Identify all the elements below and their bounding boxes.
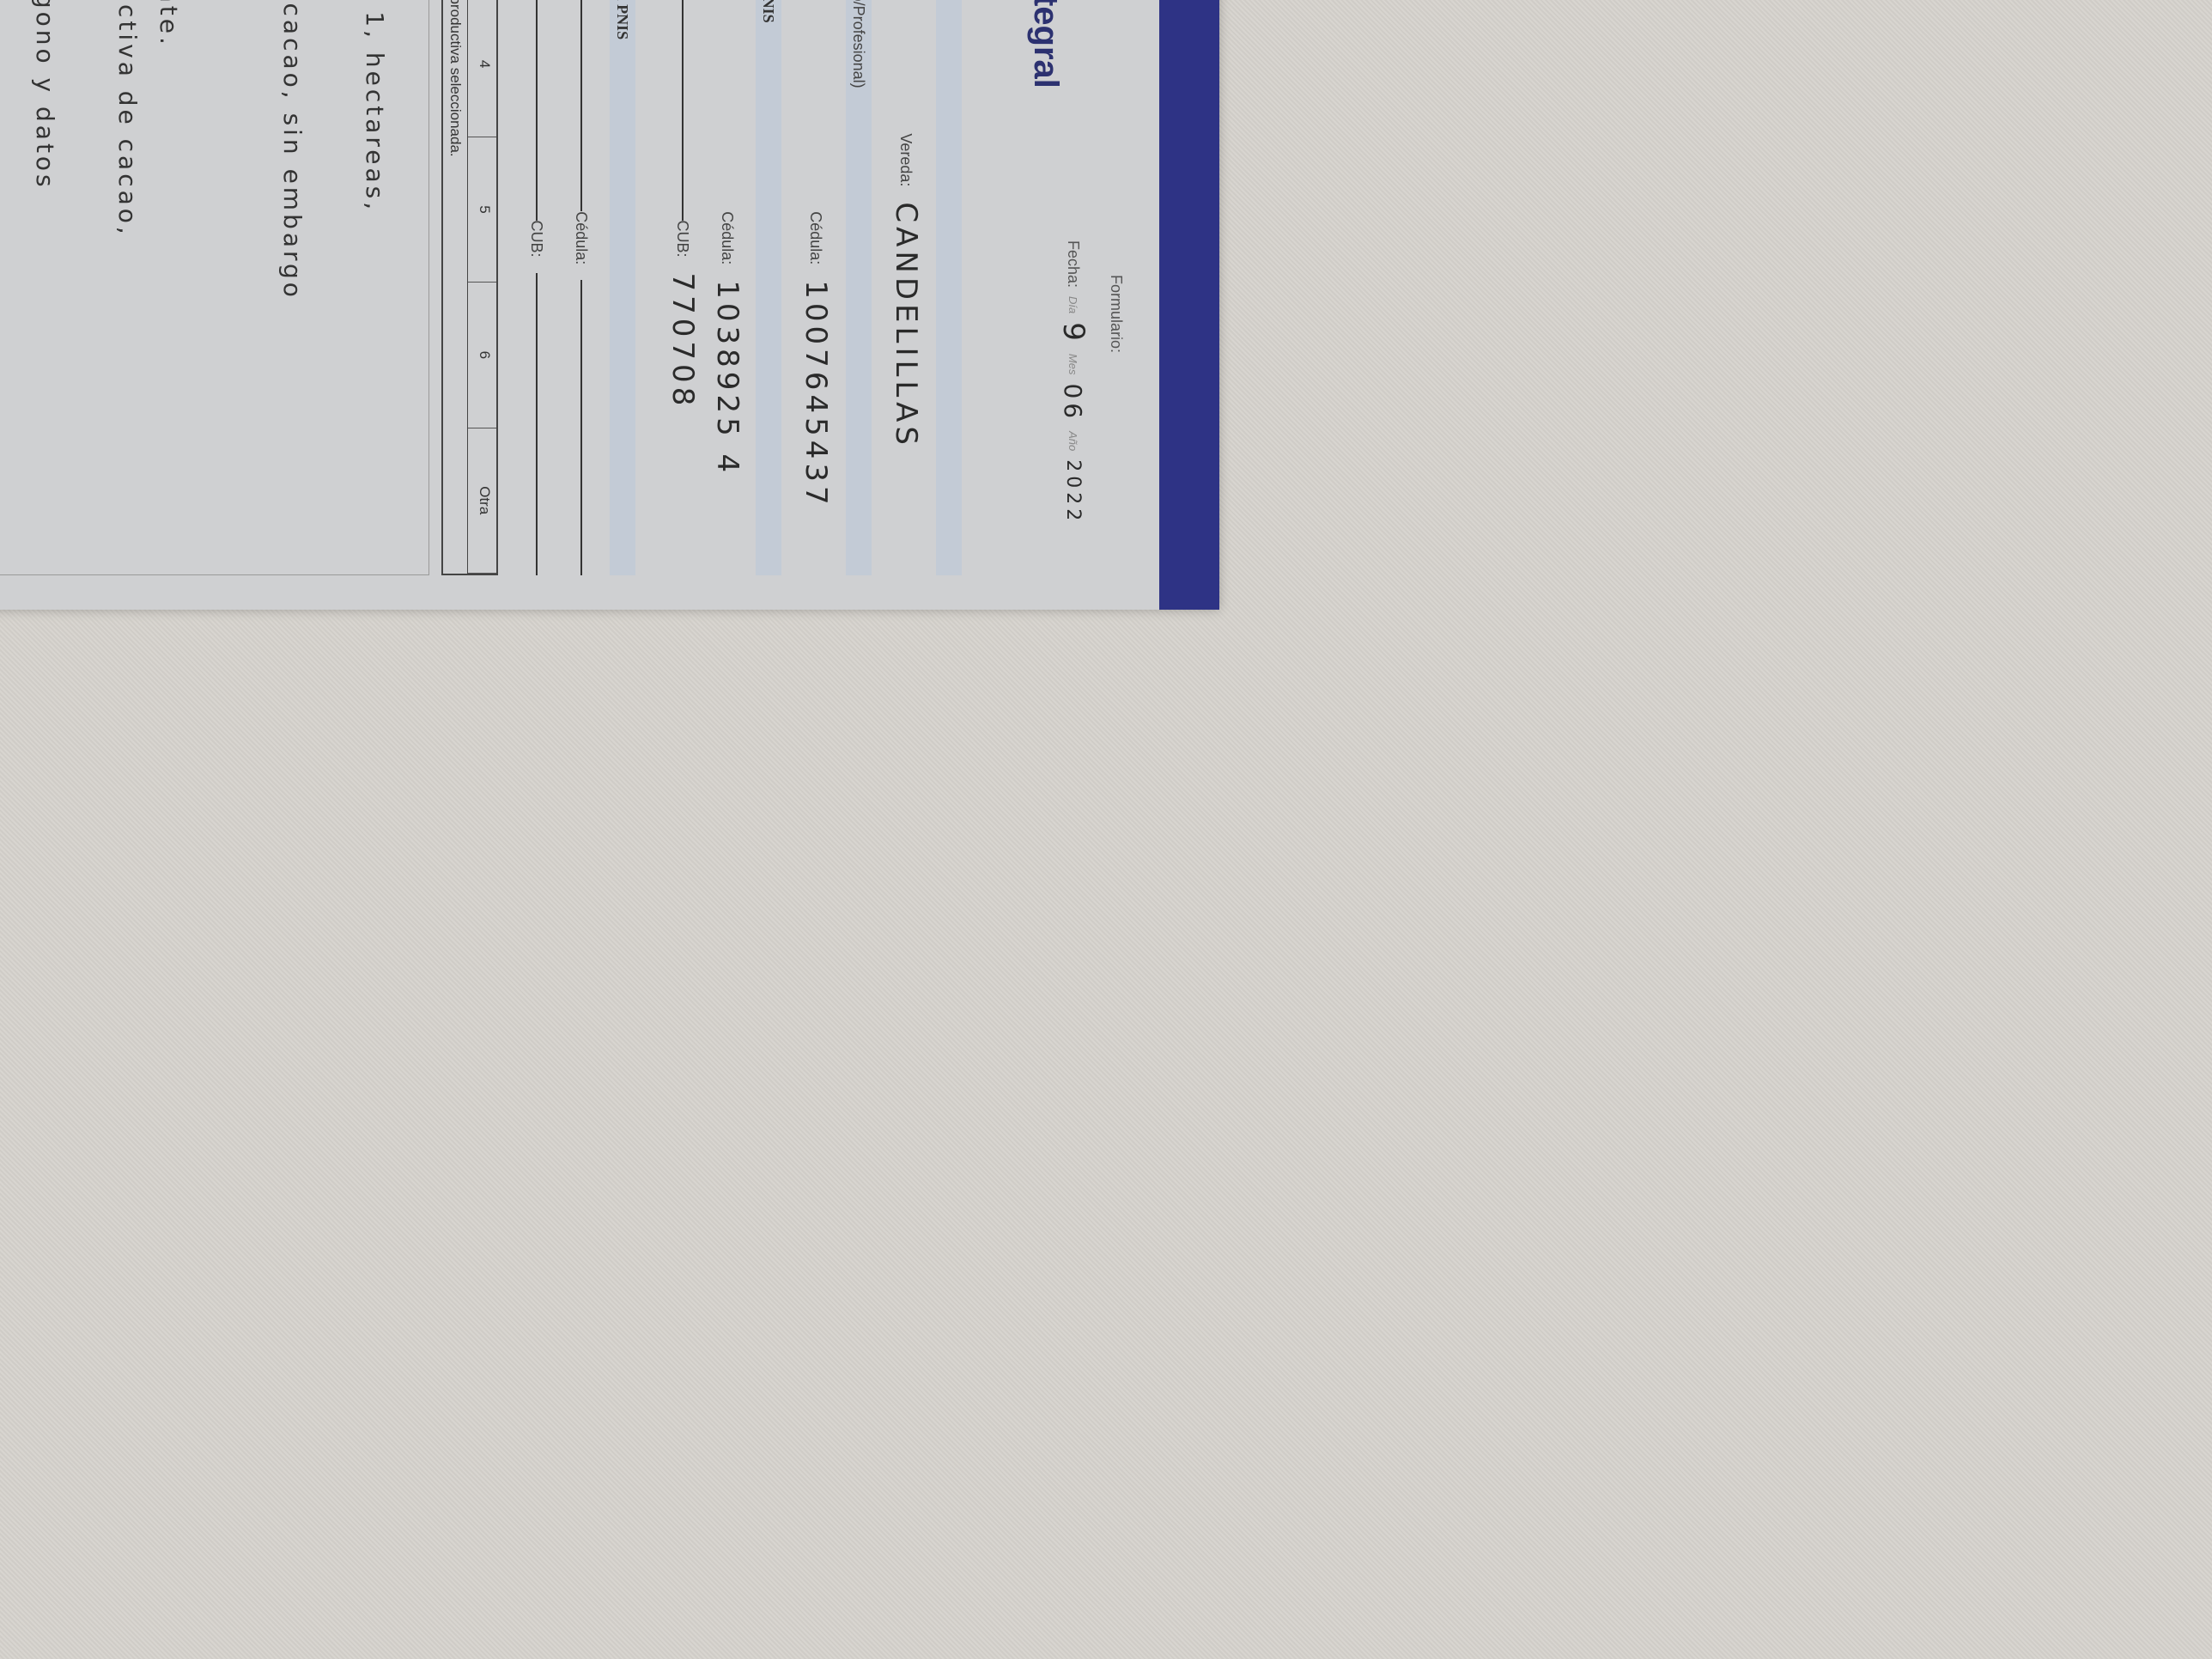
section-3-row-2: Teléfono celular: CUB: 770708 xyxy=(661,0,704,575)
handwritten-line: 3) El lote en su totalidad se encuentra … xyxy=(189,0,230,557)
option-5[interactable]: 5 xyxy=(468,137,496,283)
formulario-label: Formulario: xyxy=(1107,275,1125,353)
mes-value[interactable]: 06 xyxy=(1060,383,1088,422)
beneficiario-cedula-field[interactable] xyxy=(580,280,582,575)
section-4-header: IV. Información del beneficiario inscrit… xyxy=(610,0,635,575)
visit-number-row: Número de visita: Caracterización: 1 X 2… xyxy=(467,0,496,574)
section-4-row-1: Nombre completo: Cédula: xyxy=(560,0,603,575)
beneficiario-cedula-label: Cédula: xyxy=(573,211,591,264)
beneficiario-cub-label: CUB: xyxy=(528,221,546,258)
titular-cub-label: CUB: xyxy=(674,221,692,258)
titular-cedula-label: Cédula: xyxy=(719,211,737,264)
titular-telefono-field[interactable] xyxy=(682,0,684,221)
handwritten-line: realizandose en el correspondiente polig… xyxy=(313,0,354,557)
handwritten-line: 6) No se anexa coordenadas ya que se reg… xyxy=(24,0,65,557)
descripcion-box[interactable]: Descripción de la situación encontrada y… xyxy=(0,0,429,575)
mes-label: Mes xyxy=(1067,354,1080,375)
option-4[interactable]: 4 xyxy=(468,0,496,137)
handwritten-line: se recomienda una limpieza total. xyxy=(230,0,271,557)
handwritten-line: 2) Se verifica que el lote es apto para … xyxy=(271,0,313,557)
beneficiario-telefono-field[interactable] xyxy=(536,0,538,221)
option-otra[interactable]: Otra xyxy=(468,428,496,574)
vereda-field[interactable]: CANDELILLAS xyxy=(889,202,924,575)
municipio-field[interactable]: TUMACO xyxy=(889,0,924,133)
section-3-header: III. Información del titular inscrito al… xyxy=(756,0,781,575)
fecha-field: Fecha: Día 9 Mes 06 Año 2022 xyxy=(1056,240,1091,525)
form-header: La paz con legalidad es de todos Agencia… xyxy=(996,0,1151,575)
anio-value[interactable]: 2022 xyxy=(1063,459,1085,525)
titular-nombre-field[interactable]: DIOMEDES MINA CUENU xyxy=(710,0,745,211)
vereda-label: Vereda: xyxy=(897,133,915,186)
tecnico-cedula-label: Cédula: xyxy=(807,211,825,264)
dia-value[interactable]: 9 xyxy=(1056,322,1091,345)
form-page: La paz con legalidad es de todos Agencia… xyxy=(0,0,1219,610)
section-1-header: I. Información general xyxy=(936,0,962,575)
handwritten-line: correspondientes en formularios SIGEM, v… xyxy=(0,0,24,557)
section-2-row: Nombre completo: KAREN DANIELA CUERO COR… xyxy=(790,0,842,575)
tecnico-cedula-field[interactable]: 1007645437 xyxy=(799,280,834,575)
titular-cedula-field[interactable]: 1038925 4 xyxy=(710,280,745,575)
section-1-row: Departamento: NARIÑO Municipio: TUMACO V… xyxy=(880,0,932,575)
form-sheet: La paz con legalidad es de todos Agencia… xyxy=(0,0,1219,610)
descripcion-title: Descripción de la situación encontrada y… xyxy=(402,0,420,557)
option-6[interactable]: 6 xyxy=(468,283,496,428)
section-3-title: III. Información del titular inscrito al… xyxy=(760,0,778,23)
top-blue-band xyxy=(1159,0,1219,610)
page-title: Visita de asistencia técnica integral xyxy=(1026,0,1065,88)
anio-label: Año xyxy=(1067,431,1080,451)
tecnico-nombre-field[interactable]: KAREN DANIELA CUERO CORTES xyxy=(799,0,834,211)
titular-cub-field[interactable]: 770708 xyxy=(665,273,701,575)
section-3-row-1: Nombre completo: DIOMEDES MINA CUENU Céd… xyxy=(706,0,749,575)
section-4-row-2: Teléfono celular: CUB: xyxy=(515,0,558,575)
section-2-suffix: (Técnico/Profesional) xyxy=(850,0,868,88)
dia-label: Día xyxy=(1067,296,1080,313)
handwritten-line: 1) Se ha recorrido el lote en un area ap… xyxy=(354,0,395,557)
section-4-title: IV. Información del beneficiario inscrit… xyxy=(614,0,632,39)
beneficiario-cub-field[interactable] xyxy=(536,273,538,575)
beneficiario-nombre-field[interactable] xyxy=(580,0,582,211)
handwritten-line: 4) No se identifican problemas sanitario… xyxy=(148,0,189,557)
visit-table: Número de visita: Caracterización: 1 X 2… xyxy=(441,0,498,575)
section-2-header: II. Información de quien realiza la visi… xyxy=(846,0,872,575)
handwritten-line: seleccionada por el titular xyxy=(65,0,106,557)
objeto-text: Objeto: brindar recomendaciones técnicas… xyxy=(443,0,467,574)
descripcion-lines: 1) Se ha recorrido el lote en un area ap… xyxy=(0,0,395,557)
handwritten-line: 5) Se verifico la viabilidad tecnica de … xyxy=(106,0,148,557)
fecha-label: Fecha: xyxy=(1065,240,1083,288)
